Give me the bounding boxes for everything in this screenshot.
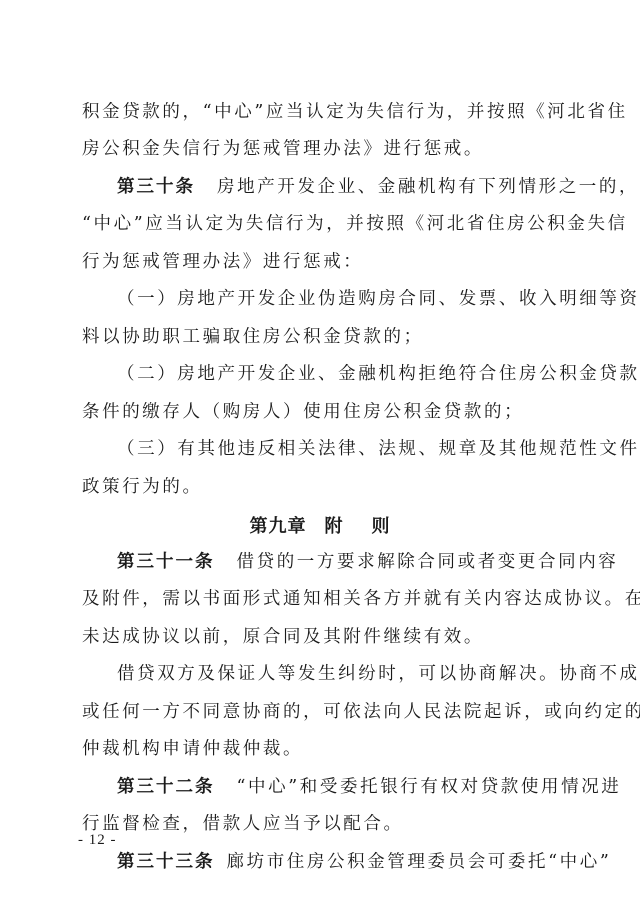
text-line: “中心”应当认定为失信行为，并按照《河北省住房公积金失信 <box>82 212 560 236</box>
list-item-2: （二）房地产开发企业、金融机构拒绝符合住房公积金贷款 <box>117 362 595 386</box>
chapter-number: 第九章 <box>250 516 307 537</box>
article-text: 借贷的一方要求解除合同或者变更合同内容 <box>237 552 619 572</box>
chapter-title-char: 则 <box>372 516 391 537</box>
article-text: 廊坊市住房公积金管理委员会可委托“中心” <box>227 852 612 872</box>
text-line: 行为惩戒管理办法》进行惩戒： <box>82 250 560 274</box>
article-label: 第三十一条 <box>117 552 215 572</box>
text-line: 或任何一方不同意协商的，可依法向人民法院起诉，或向约定的 <box>82 700 560 724</box>
text-line: 仲裁机构申请仲裁仲裁。 <box>82 737 560 761</box>
text-line: 行监督检查，借款人应当予以配合。 <box>82 812 560 836</box>
text-line: 条件的缴存人（购房人）使用住房公积金贷款的； <box>82 400 560 424</box>
article-31: 第三十一条借贷的一方要求解除合同或者变更合同内容 <box>117 550 595 574</box>
text-line: 房公积金失信行为惩戒管理办法》进行惩戒。 <box>82 137 560 161</box>
text-line: 料以协助职工骗取住房公积金贷款的； <box>82 325 560 349</box>
article-label: 第三十三条 <box>117 852 215 872</box>
article-text: 房地产开发企业、金融机构有下列情形之一的， <box>217 177 639 197</box>
article-32: 第三十二条“中心”和受委托银行有权对贷款使用情况进 <box>117 775 595 799</box>
list-item-1: （一）房地产开发企业伪造购房合同、发票、收入明细等资 <box>117 287 595 311</box>
page-number: - 12 - <box>78 832 117 849</box>
chapter-heading: 第九章附则 <box>0 512 640 538</box>
text-line: 未达成协议以前，原合同及其附件继续有效。 <box>82 625 560 649</box>
article-30: 第三十条房地产开发企业、金融机构有下列情形之一的， <box>117 175 595 199</box>
list-item-3: （三）有其他违反相关法律、法规、规章及其他规范性文件、 <box>117 437 595 461</box>
article-label: 第三十条 <box>117 177 195 197</box>
paragraph: 借贷双方及保证人等发生纠纷时，可以协商解决。协商不成 <box>117 662 595 686</box>
text-line: 积金贷款的，“中心”应当认定为失信行为，并按照《河北省住 <box>82 100 560 124</box>
article-text: “中心”和受委托银行有权对贷款使用情况进 <box>237 777 622 797</box>
text-line: 及附件，需以书面形式通知相关各方并就有关内容达成协议。在 <box>82 587 560 611</box>
text-line: 政策行为的。 <box>82 475 560 499</box>
article-label: 第三十二条 <box>117 777 215 797</box>
document-page: 积金贷款的，“中心”应当认定为失信行为，并按照《河北省住 房公积金失信行为惩戒管… <box>0 0 640 905</box>
article-33: 第三十三条廊坊市住房公积金管理委员会可委托“中心” <box>117 850 595 874</box>
chapter-title-char: 附 <box>325 516 344 537</box>
